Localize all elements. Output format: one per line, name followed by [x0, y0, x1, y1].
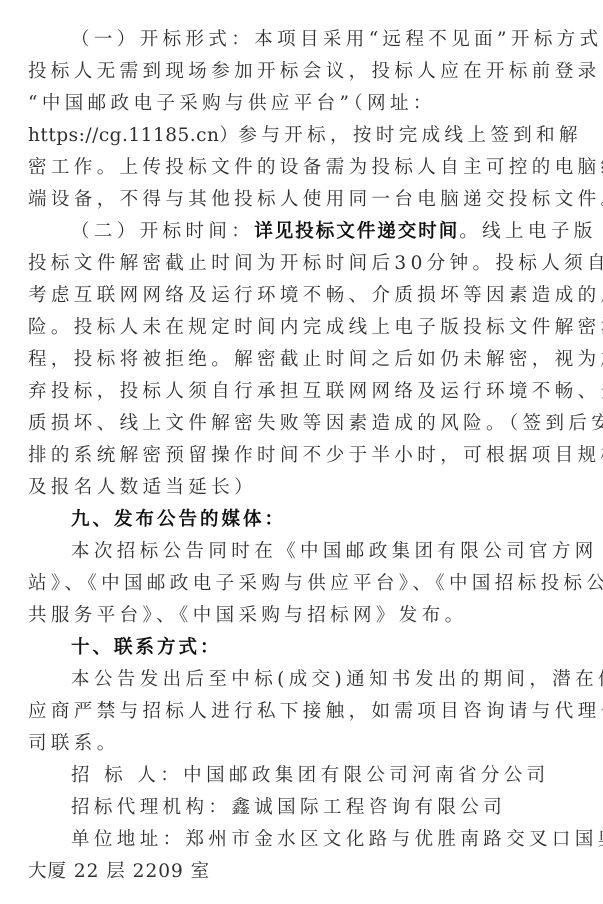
address-row: 单位地址：郑州市金水区文化路与优胜南路交叉口国奥 — [71, 824, 603, 856]
opening-time-emphasis: 详见投标文件递交时间 — [254, 221, 459, 242]
para-opening-time-line-7: 质损坏、线上文件解密失败等因素造成的风险。（签到后安 — [28, 408, 603, 440]
platform-url-link[interactable]: https://cg.11185.cn） — [28, 125, 238, 146]
opening-time-suffix: 。线上电子版 — [459, 221, 596, 242]
para-opening-time-line-1: （二）开标时间：详见投标文件递交时间。线上电子版 — [71, 216, 597, 248]
para-opening-form-line-1: （一）开标形式：本项目采用“远程不见面”开标方式， — [71, 24, 603, 56]
section-nine-line-1: 本次招标公告同时在《中国邮政集团有限公司官方网 — [71, 536, 598, 568]
para-opening-form-line-6: 端设备，不得与其他投标人使用同一台电脑递交投标文件。 — [28, 184, 603, 216]
para-opening-time-line-9: 及报名人数适当延长） — [28, 472, 257, 504]
para-opening-form-line-2: 投标人无需到现场参加开标会议，投标人应在开标前登录 — [28, 56, 601, 88]
address-label: 单位地址： — [71, 829, 186, 850]
address-line-2: 大厦 22 层 2209 室 — [28, 856, 210, 888]
section-ten-line-2: 应商严禁与招标人进行私下接触，如需项目咨询请与代理公 — [28, 696, 603, 728]
section-ten-line-1: 本公告发出后至中标(成交)通知书发出的期间，潜在供 — [71, 664, 603, 696]
para-opening-form-line-5: 密工作。上传投标文件的设备需为投标人自主可控的电脑终 — [28, 152, 603, 184]
para-opening-time-line-5: 程，投标将被拒绝。解密截止时间之后如仍未解密，视为放 — [28, 344, 603, 376]
agency-label: 招标代理机构： — [71, 797, 231, 818]
para-opening-form-line-3: “中国邮政电子采购与供应平台”（网址： — [28, 88, 436, 120]
document-page: （一）开标形式：本项目采用“远程不见面”开标方式， 投标人无需到现场参加开标会议… — [0, 0, 603, 904]
tenderer-label: 招 标 人： — [71, 765, 183, 786]
agency-row: 招标代理机构：鑫诚国际工程咨询有限公司 — [71, 792, 506, 824]
section-nine-line-2: 站》、《中国邮政电子采购与供应平台》、《中国招标投标公 — [28, 568, 603, 600]
para-opening-time-line-3: 考虑互联网网络及运行环境不畅、介质损坏等因素造成的风 — [28, 280, 603, 312]
section-ten-line-3: 司联系。 — [28, 728, 120, 760]
para-opening-form-line-4: https://cg.11185.cn）参与开标，按时完成线上签到和解 — [28, 120, 582, 152]
section-nine-heading: 九、发布公告的媒体： — [71, 504, 286, 536]
address-value: 郑州市金水区文化路与优胜南路交叉口国奥 — [186, 829, 603, 850]
opening-time-label: （二）开标时间： — [71, 221, 254, 242]
para-opening-time-line-8: 排的系统解密预留操作时间不少于半小时，可根据项目规模 — [28, 440, 603, 472]
tenderer-row: 招 标 人：中国邮政集团有限公司河南省分公司 — [71, 760, 550, 792]
para-opening-time-line-4: 险。投标人未在规定时间内完成线上电子版投标文件解密流 — [28, 312, 603, 344]
para-opening-time-line-2: 投标文件解密截止时间为开标时间后30分钟。投标人须自行 — [28, 248, 603, 280]
para-opening-time-line-6: 弃投标，投标人须自行承担互联网网络及运行环境不畅、介 — [28, 376, 603, 408]
section-ten-heading: 十、联系方式： — [71, 632, 222, 664]
tenderer-value: 中国邮政集团有限公司河南省分公司 — [183, 765, 549, 786]
section-nine-line-3: 共服务平台》、《中国采购与招标网》发布。 — [28, 600, 468, 632]
agency-value: 鑫诚国际工程咨询有限公司 — [231, 797, 506, 818]
para-opening-form-line-4-text: 参与开标，按时完成线上签到和解 — [238, 125, 582, 146]
